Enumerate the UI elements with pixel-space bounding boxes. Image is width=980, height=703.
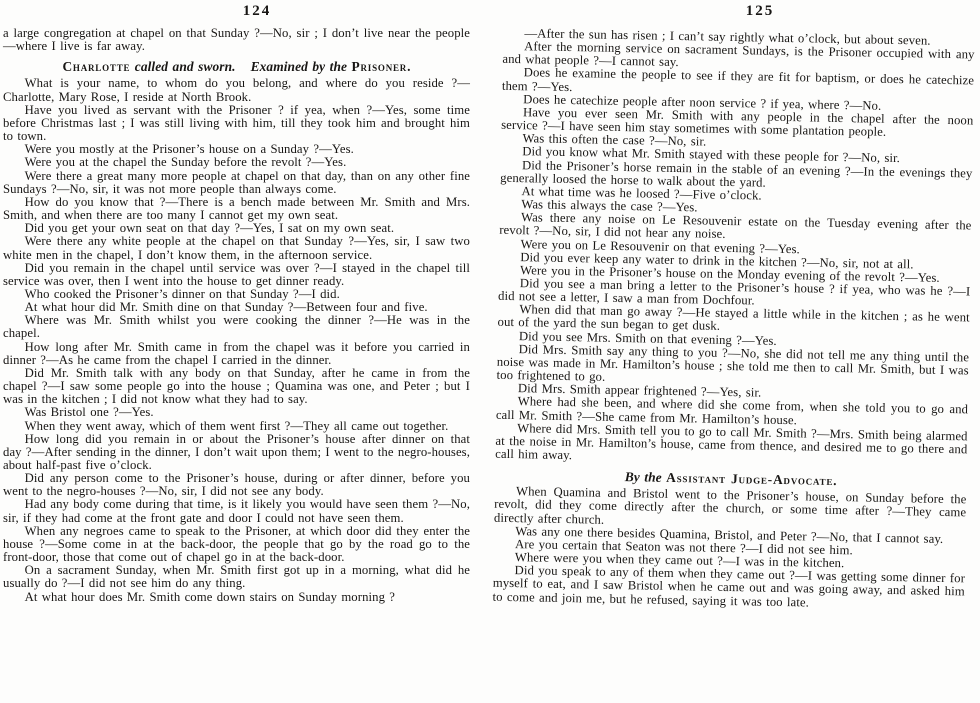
transcript-paragraph: How do you know that ?—There is a bench … [3,196,470,222]
heading-segment-smallcaps: Prisoner [352,59,408,74]
heading-segment-plain: . [833,473,837,488]
transcript-paragraph: When any negroes came to speak to the Pr… [3,525,470,564]
transcript-paragraph: Did you remain in the chapel until servi… [3,262,470,288]
page-124-body: a large congregation at chapel on that S… [3,27,470,604]
page-125: 125 —After the sun has risen ; I can’t s… [490,0,980,703]
heading-segment-italic: called and sworn. [130,59,235,74]
transcript-paragraph: When they went away, which of them went … [3,420,470,433]
transcript-paragraph: How long did you remain in or about the … [3,433,470,472]
book-spread: 124 a large congregation at chapel on th… [0,0,980,703]
transcript-paragraph: Had any body come during that time, is i… [3,498,470,524]
transcript-paragraph: Were you at the chapel the Sunday before… [3,156,470,169]
page-124: 124 a large congregation at chapel on th… [0,0,490,703]
transcript-paragraph: Were there a great many more people at c… [3,170,470,196]
heading-segment-italic: Examined by the [251,59,352,74]
transcript-paragraph: At what hour does Mr. Smith come down st… [3,591,470,604]
transcript-paragraph: Where did Mrs. Smith tell you to go to c… [495,421,968,469]
transcript-paragraph: How long after Mr. Smith came in from th… [3,341,470,367]
page-125-body: —After the sun has risen ; I can’t say r… [492,27,974,612]
transcript-paragraph: Did any person come to the Prisoner’s ho… [3,472,470,498]
transcript-paragraph: Were there any white people at the chape… [3,235,470,261]
heading-segment-smallcaps: Charlotte [62,59,130,74]
transcript-paragraph: Where was Mr. Smith whilst you were cook… [3,314,470,340]
page-number-right: 125 [515,0,980,20]
transcript-paragraph: Did Mr. Smith talk with any body on that… [3,367,470,406]
heading-segment-smallcaps: Assistant Judge-Advocate [666,470,833,488]
transcript-paragraph: a large congregation at chapel on that S… [3,27,470,53]
transcript-paragraph: On a sacrament Sunday, when Mr. Smith fi… [3,564,470,590]
transcript-paragraph: Was Bristol one ?—Yes. [3,406,470,419]
heading-segment-italic: By the [625,469,667,485]
page-number-left: 124 [12,0,490,20]
transcript-paragraph: Have you lived as servant with the Priso… [3,104,470,143]
heading-segment-plain: . [407,59,410,74]
witness-sworn-heading: Charlotte called and sworn.Examined by t… [3,60,470,73]
transcript-paragraph: Did you speak to any of them when they c… [492,564,965,612]
transcript-paragraph: What is your name, to whom do you belong… [3,77,470,103]
